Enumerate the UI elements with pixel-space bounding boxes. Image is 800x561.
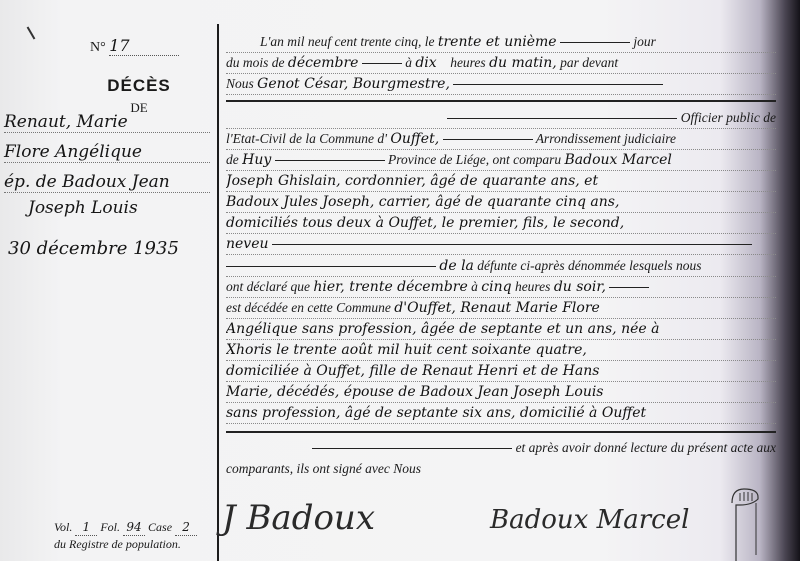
handwritten-text: hier, trente décembre bbox=[313, 279, 467, 295]
body-line-13: est décédée en cette Commune d'Ouffet, R… bbox=[226, 298, 776, 319]
number-value: 17 bbox=[109, 36, 179, 56]
handwritten-text: domiciliée à Ouffet, fille de Renaut Hen… bbox=[226, 363, 599, 379]
printed-text: à bbox=[405, 55, 412, 70]
heading-deces: DÉCÈS bbox=[84, 76, 194, 96]
printed-text: comparants, ils ont signé avec Nous bbox=[226, 461, 421, 476]
handwritten-text: sans profession, âgé de septante six ans… bbox=[226, 405, 646, 421]
handwritten-text: Huy bbox=[242, 152, 271, 168]
fill-rule bbox=[226, 266, 436, 267]
handwritten-text: de la bbox=[439, 258, 474, 274]
fill-rule bbox=[362, 63, 402, 64]
body-line-10: neveu bbox=[226, 234, 776, 255]
printed-text: l'Etat-Civil de la Commune d' bbox=[226, 131, 387, 146]
number-label: N° bbox=[90, 40, 106, 55]
handwritten-text: Xhoris le trente août mil huit cent soix… bbox=[226, 342, 587, 358]
case-label: Case bbox=[148, 520, 172, 534]
handwritten-text: Ouffet, bbox=[390, 131, 439, 147]
handwritten-text: domiciliés tous deux à Ouffet, le premie… bbox=[226, 215, 624, 231]
body-line-6: de Huy Province de Liége, ont comparu Ba… bbox=[226, 150, 776, 171]
vol-label: Vol. bbox=[54, 520, 72, 534]
fol-value: 94 bbox=[123, 519, 145, 536]
body-line-2: du mois de décembre à dix heures du mati… bbox=[226, 53, 776, 74]
body-line-1: L'an mil neuf cent trente cinq, le trent… bbox=[226, 32, 776, 53]
signature-1: J Badoux bbox=[222, 498, 375, 538]
vol-value: 1 bbox=[75, 519, 97, 536]
signature-2: Badoux Marcel bbox=[490, 505, 689, 535]
fill-rule bbox=[453, 84, 663, 85]
body-line-11: de la défunte ci-après dénommée lesquels… bbox=[226, 256, 776, 277]
register-reference: Vol. 1 Fol. 94 Case 2 du Registre de pop… bbox=[54, 519, 197, 552]
handwritten-text: du soir, bbox=[554, 279, 606, 295]
handwritten-text: Genot César, Bourgmestre, bbox=[257, 76, 450, 92]
fill-rule bbox=[312, 448, 512, 449]
fill-rule bbox=[560, 42, 630, 43]
printed-text: est décédée en cette Commune bbox=[226, 300, 391, 315]
printed-text: heures bbox=[450, 55, 486, 70]
body-line-7: Joseph Ghislain, cordonnier, âgé de quar… bbox=[226, 171, 776, 192]
deceased-name-line-4: Joseph Louis bbox=[28, 198, 210, 218]
act-number: N° 17 bbox=[90, 36, 179, 56]
body-line-9: domiciliés tous deux à Ouffet, le premie… bbox=[226, 213, 776, 234]
body-line-4: Officier public de bbox=[226, 108, 776, 129]
body-line-17: Marie, décédés, épouse de Badoux Jean Jo… bbox=[226, 382, 776, 403]
handwritten-text: Badoux Jules Joseph, carrier, âgé de qua… bbox=[226, 194, 619, 210]
fol-label: Fol. bbox=[100, 520, 120, 534]
handwritten-text: du matin, bbox=[489, 55, 557, 71]
rule-line bbox=[226, 100, 776, 102]
body-line-16: domiciliée à Ouffet, fille de Renaut Hen… bbox=[226, 361, 776, 382]
register-footer: du Registre de population. bbox=[54, 536, 197, 552]
printed-text: Nous bbox=[226, 76, 254, 91]
printed-text: Arrondissement judiciaire bbox=[536, 131, 676, 146]
fill-rule bbox=[609, 287, 649, 288]
handwritten-text: Marie, décédés, épouse de Badoux Jean Jo… bbox=[226, 384, 604, 400]
handwritten-text: d'Ouffet, Renaut Marie Flore bbox=[394, 300, 600, 316]
deceased-name-line-1: Renaut, Marie bbox=[4, 112, 210, 133]
printed-text: jour bbox=[633, 34, 656, 49]
body-line-19: et après avoir donné lecture du présent … bbox=[226, 438, 776, 458]
body-line-12: ont déclaré que hier, trente décembre à … bbox=[226, 277, 776, 298]
printed-text: défunte ci-après dénommée lesquels nous bbox=[477, 258, 701, 273]
fill-rule bbox=[443, 139, 533, 140]
fill-rule bbox=[272, 244, 752, 245]
printed-text: Province de Liége, ont comparu bbox=[388, 152, 561, 167]
deceased-name-line-2: Flore Angélique bbox=[4, 142, 210, 163]
deceased-name-line-3: ép. de Badoux Jean bbox=[4, 172, 210, 193]
body-line-3: Nous Genot César, Bourgmestre, bbox=[226, 74, 776, 95]
handwritten-text: Angélique sans profession, âgée de septa… bbox=[226, 321, 659, 337]
handwritten-text: décembre bbox=[288, 55, 359, 71]
seal-stamp-icon bbox=[728, 485, 762, 561]
death-date: 30 décembre 1935 bbox=[8, 238, 179, 259]
handwritten-text: trente et unième bbox=[438, 34, 557, 50]
body-line-5: l'Etat-Civil de la Commune d' Ouffet, Ar… bbox=[226, 129, 776, 150]
printed-text: Officier public de bbox=[681, 110, 776, 125]
rule-line bbox=[226, 431, 776, 433]
handwritten-text: Joseph Ghislain, cordonnier, âgé de quar… bbox=[226, 173, 598, 189]
printed-text: L'an mil neuf cent trente cinq, le bbox=[226, 34, 434, 49]
left-margin: N° 17 DÉCÈS DE Renaut, Marie Flore Angél… bbox=[0, 0, 216, 561]
printed-text: par devant bbox=[560, 55, 618, 70]
printed-text: et après avoir donné lecture du présent … bbox=[516, 440, 776, 455]
printed-text: ont déclaré que bbox=[226, 279, 310, 294]
handwritten-text: Badoux Marcel bbox=[564, 152, 671, 168]
handwritten-text: cinq bbox=[481, 279, 511, 295]
column-divider bbox=[217, 24, 219, 561]
body-line-8: Badoux Jules Joseph, carrier, âgé de qua… bbox=[226, 192, 776, 213]
printed-text: de bbox=[226, 152, 239, 167]
printed-text: heures bbox=[515, 279, 551, 294]
handwritten-text: dix bbox=[415, 55, 436, 71]
body-line-14: Angélique sans profession, âgée de septa… bbox=[226, 319, 776, 340]
fill-rule bbox=[447, 118, 677, 119]
printed-text: du mois de bbox=[226, 55, 285, 70]
printed-text: à bbox=[471, 279, 478, 294]
handwritten-text: neveu bbox=[226, 236, 269, 252]
body-line-18: sans profession, âgé de septante six ans… bbox=[226, 403, 776, 424]
case-value: 2 bbox=[175, 519, 197, 536]
fill-rule bbox=[275, 160, 385, 161]
body-line-20: comparants, ils ont signé avec Nous bbox=[226, 459, 776, 479]
body-line-15: Xhoris le trente août mil huit cent soix… bbox=[226, 340, 776, 361]
document-page: N° 17 DÉCÈS DE Renaut, Marie Flore Angél… bbox=[0, 0, 800, 561]
